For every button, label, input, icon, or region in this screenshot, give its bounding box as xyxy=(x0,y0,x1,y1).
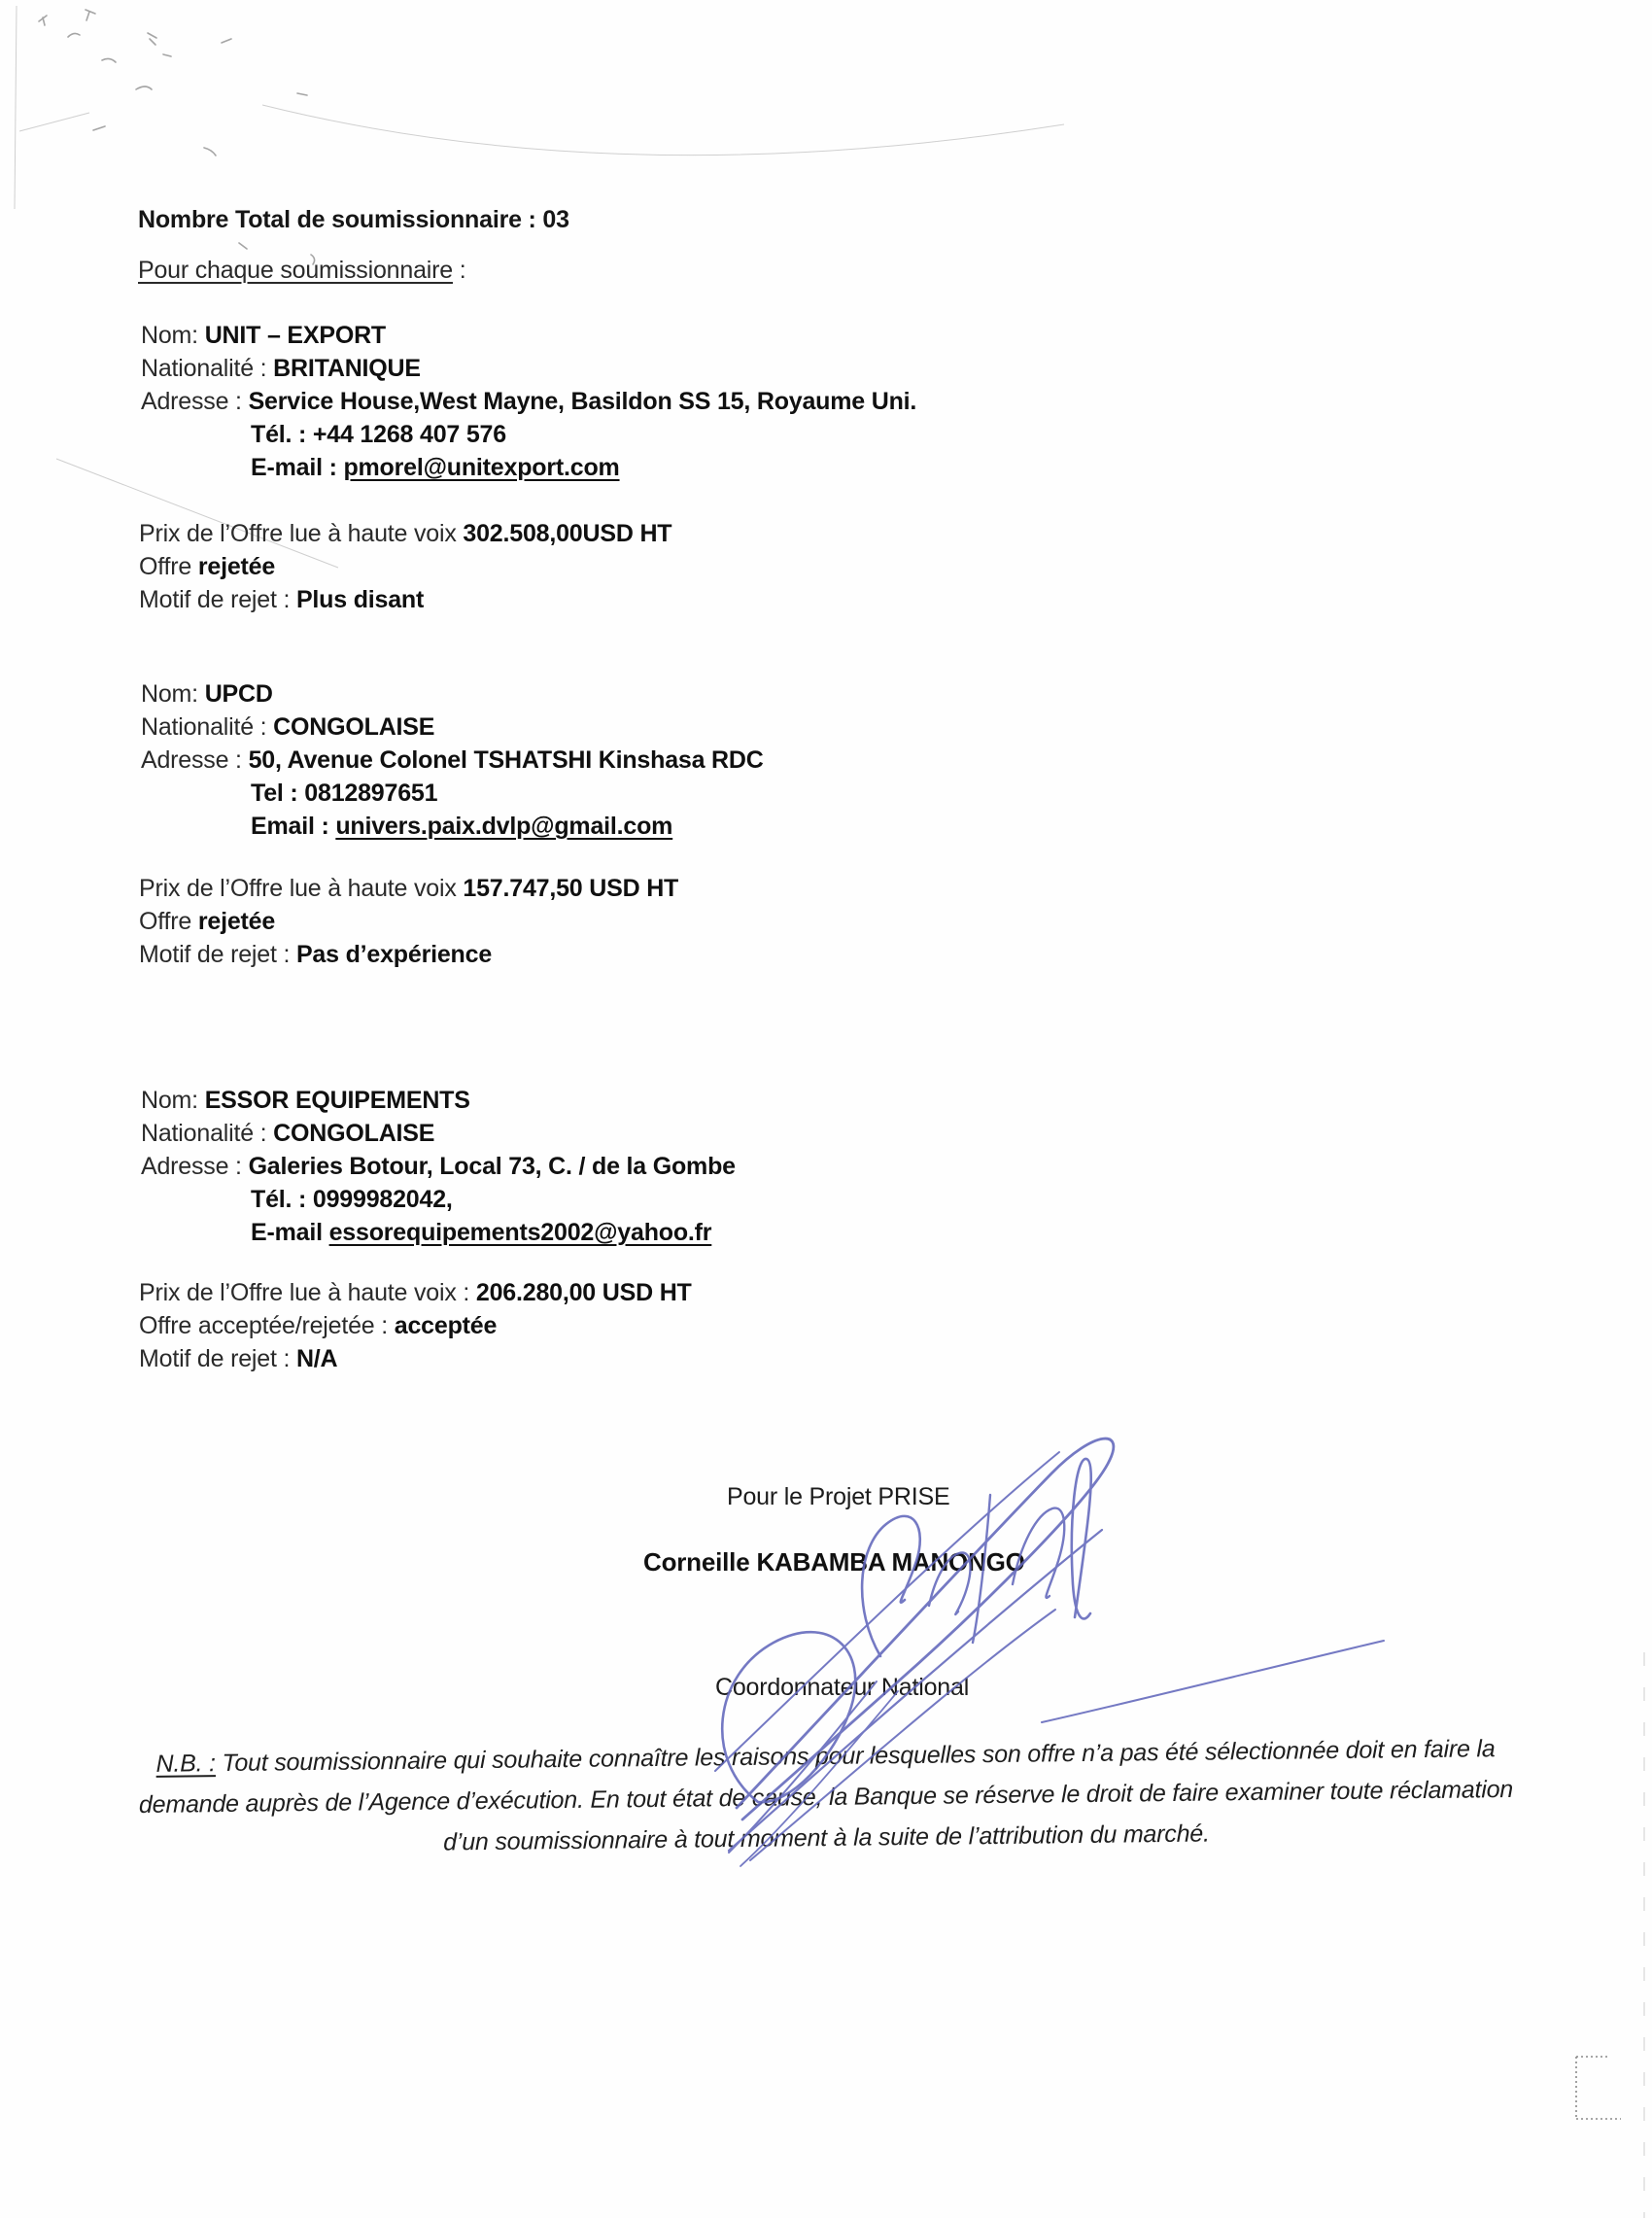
subtitle-underlined-text: Pour chaque soumissionnaire xyxy=(138,257,453,284)
address-label: Adresse : xyxy=(141,388,249,415)
phone-value: Tel : 0812897651 xyxy=(251,780,437,807)
bidder-phone-line: Tél. : 0999982042, xyxy=(141,1183,736,1216)
bidder-1-info: Nom: UNIT – EXPORT Nationalité : BRITANI… xyxy=(141,319,916,484)
offer-status-value: rejetée xyxy=(198,553,275,580)
bidder-nationality-line: Nationalité : BRITANIQUE xyxy=(141,352,916,385)
offer-label: Offre xyxy=(139,908,198,935)
price-value: 206.280,00 USD HT xyxy=(476,1279,692,1306)
email-value: essorequipements2002@yahoo.fr xyxy=(329,1219,712,1246)
signature-ink xyxy=(544,1390,1438,1895)
page-edge-line xyxy=(1638,1652,1650,2218)
nationality-value: CONGOLAISE xyxy=(273,1120,434,1147)
email-label: Email : xyxy=(251,813,335,840)
name-label: Nom: xyxy=(141,1087,205,1114)
bidder-phone-line: Tél. : +44 1268 407 576 xyxy=(141,418,916,451)
scanned-document-page: Nombre Total de soumissionnaire : 03 Pou… xyxy=(0,0,1652,2218)
bidder-address-line: Adresse : Galeries Botour, Local 73, C. … xyxy=(141,1150,736,1183)
bidder-phone-line: Tel : 0812897651 xyxy=(141,777,764,810)
rejection-reason-line: Motif de rejet : Plus disant xyxy=(139,583,671,616)
reason-value: Plus disant xyxy=(296,586,424,613)
phone-value: Tél. : 0999982042, xyxy=(251,1186,453,1213)
bidder-name-value: UNIT – EXPORT xyxy=(205,322,386,349)
bidder-2-result: Prix de l’Offre lue à haute voix 157.747… xyxy=(139,872,678,971)
address-label: Adresse : xyxy=(141,746,249,774)
bidder-email-line: E-mail essorequipements2002@yahoo.fr xyxy=(141,1216,736,1249)
offer-label: Offre xyxy=(139,553,198,580)
bidder-nationality-line: Nationalité : CONGOLAISE xyxy=(141,1117,736,1150)
price-value: 302.508,00USD HT xyxy=(463,520,671,547)
price-label: Prix de l’Offre lue à haute voix xyxy=(139,875,463,902)
reason-label: Motif de rejet : xyxy=(139,586,296,613)
name-label: Nom: xyxy=(141,322,205,349)
price-label: Prix de l’Offre lue à haute voix : xyxy=(139,1279,476,1306)
nationality-label: Nationalité : xyxy=(141,1120,273,1147)
offer-label: Offre acceptée/rejetée : xyxy=(139,1312,395,1339)
nationality-label: Nationalité : xyxy=(141,355,273,382)
nationality-value: BRITANIQUE xyxy=(273,355,421,382)
bidder-name-line: Nom: UPCD xyxy=(141,677,764,710)
crop-mark-bracket xyxy=(1555,2036,1652,2143)
bidder-name-line: Nom: ESSOR EQUIPEMENTS xyxy=(141,1084,736,1117)
offer-status-value: rejetée xyxy=(198,908,275,935)
address-value: Service House,West Mayne, Basildon SS 15… xyxy=(249,388,917,415)
address-value: 50, Avenue Colonel TSHATSHI Kinshasa RDC xyxy=(249,746,764,774)
bidder-1-result: Prix de l’Offre lue à haute voix 302.508… xyxy=(139,517,671,616)
bidder-name-value: ESSOR EQUIPEMENTS xyxy=(205,1087,470,1114)
email-label: E-mail : xyxy=(251,454,343,481)
offer-status-value: acceptée xyxy=(395,1312,497,1339)
price-line: Prix de l’Offre lue à haute voix 157.747… xyxy=(139,872,678,905)
bidder-address-line: Adresse : Service House,West Mayne, Basi… xyxy=(141,385,916,418)
bidder-nationality-line: Nationalité : CONGOLAISE xyxy=(141,710,764,744)
subtitle-colon: : xyxy=(453,257,466,284)
bidder-3-result: Prix de l’Offre lue à haute voix : 206.2… xyxy=(139,1276,692,1375)
offer-status-line: Offre rejetée xyxy=(139,550,671,583)
nb-label: N.B. : xyxy=(155,1750,216,1778)
bidder-2-info: Nom: UPCD Nationalité : CONGOLAISE Adres… xyxy=(141,677,764,843)
price-line: Prix de l’Offre lue à haute voix : 206.2… xyxy=(139,1276,692,1309)
phone-value: Tél. : +44 1268 407 576 xyxy=(251,421,506,448)
document-title: Nombre Total de soumissionnaire : 03 xyxy=(138,206,569,234)
bidder-name-line: Nom: UNIT – EXPORT xyxy=(141,319,916,352)
rejection-reason-line: Motif de rejet : N/A xyxy=(139,1342,692,1375)
bidder-address-line: Adresse : 50, Avenue Colonel TSHATSHI Ki… xyxy=(141,744,764,777)
offer-status-line: Offre acceptée/rejetée : acceptée xyxy=(139,1309,692,1342)
rejection-reason-line: Motif de rejet : Pas d’expérience xyxy=(139,938,678,971)
reason-label: Motif de rejet : xyxy=(139,941,296,968)
bidder-3-info: Nom: ESSOR EQUIPEMENTS Nationalité : CON… xyxy=(141,1084,736,1249)
reason-value: Pas d’expérience xyxy=(296,941,492,968)
name-label: Nom: xyxy=(141,680,205,708)
email-value: univers.paix.dvlp@gmail.com xyxy=(335,813,672,840)
nationality-value: CONGOLAISE xyxy=(273,713,434,741)
price-line: Prix de l’Offre lue à haute voix 302.508… xyxy=(139,517,671,550)
bidder-email-line: E-mail : pmorel@unitexport.com xyxy=(141,451,916,484)
bidder-email-line: Email : univers.paix.dvlp@gmail.com xyxy=(141,810,764,843)
email-value: pmorel@unitexport.com xyxy=(343,454,619,481)
reason-label: Motif de rejet : xyxy=(139,1345,296,1372)
bidder-name-value: UPCD xyxy=(205,680,273,708)
reason-value: N/A xyxy=(296,1345,337,1372)
section-subtitle: Pour chaque soumissionnaire : xyxy=(138,254,465,287)
nationality-label: Nationalité : xyxy=(141,713,273,741)
offer-status-line: Offre rejetée xyxy=(139,905,678,938)
email-label: E-mail xyxy=(251,1219,329,1246)
address-value: Galeries Botour, Local 73, C. / de la Go… xyxy=(249,1153,736,1180)
price-label: Prix de l’Offre lue à haute voix xyxy=(139,520,463,547)
price-value: 157.747,50 USD HT xyxy=(463,875,678,902)
address-label: Adresse : xyxy=(141,1153,249,1180)
